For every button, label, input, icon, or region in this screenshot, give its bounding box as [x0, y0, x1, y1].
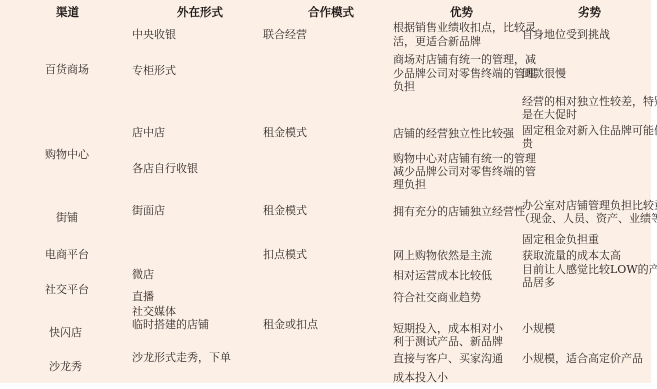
cons-dept-counter: 回款很慢 — [522, 67, 566, 80]
pros-dept-cashier-l2: 活，更适合新品牌 — [393, 35, 481, 48]
pros-salon-l2: 成本投入小 — [393, 371, 448, 384]
mode-rent-or-commission: 租金或扣点 — [263, 318, 318, 331]
cons-social-l2: 品居多 — [522, 276, 555, 289]
cons-salon: 小规模，适合高定价产品 — [522, 352, 643, 365]
pros-mall-cashier-l2: 减少品牌公司对零售终端的管 — [393, 165, 536, 178]
pros-social: 符合社交商业趋势 — [393, 291, 481, 304]
form-street-front: 街面店 — [132, 204, 165, 217]
pros-mall-shop: 店铺的经营独立性比较强 — [393, 127, 514, 140]
pros-mall-cashier-l3: 理负担 — [393, 178, 426, 191]
cons-street-rent: 固定租金负担重 — [522, 233, 599, 246]
channel-social: 社交平台 — [45, 283, 89, 296]
header-pros: 优势 — [450, 6, 473, 19]
pros-salon-l1: 直接与客户、买家沟通 — [393, 352, 503, 365]
channel-popup: 快闪店 — [49, 326, 82, 339]
cons-social-l1: 目前让人感觉比较LOW的产 — [522, 263, 657, 276]
cons-mall-2-l2: 贵 — [522, 137, 533, 150]
cons-ecommerce: 获取流量的成本太高 — [522, 249, 621, 262]
header-mode: 合作模式 — [308, 6, 354, 19]
form-self-cashier: 各店自行收银 — [132, 162, 198, 175]
channel-shopping-mall: 购物中心 — [45, 148, 89, 161]
pros-dept-counter-l1: 商场对店铺有统一的管理，减 — [393, 53, 536, 66]
channel-salon: 沙龙秀 — [49, 360, 82, 373]
pros-popup-l1: 短期投入，成本相对小 — [393, 322, 503, 335]
form-salon-show: 沙龙形式走秀，下单 — [132, 351, 231, 364]
channel-street-shop: 街铺 — [56, 211, 78, 224]
pros-popup-l2: 利于测试产品、新品牌 — [393, 335, 503, 348]
form-shop-in-shop: 店中店 — [132, 126, 165, 139]
header-form: 外在形式 — [177, 6, 223, 19]
form-counter: 专柜形式 — [132, 64, 176, 77]
cons-street-l1: 办公室对店铺管理负担比较重 — [522, 199, 657, 212]
cons-street-l2: （现金、人员、资产、业绩等） — [519, 212, 657, 225]
pros-dept-counter-l2: 少品牌公司对零售终端的管理 — [393, 67, 536, 80]
pros-mall-cashier-l1: 购物中心对店铺有统一的管理 — [393, 152, 536, 165]
mode-rent-street: 租金模式 — [263, 204, 307, 217]
cons-popup: 小规模 — [522, 322, 555, 335]
channel-comparison-table: 渠道 外在形式 合作模式 优势 劣势 百货商场 购物中心 街铺 电商平台 社交平… — [0, 0, 651, 383]
form-central-cashier: 中央收银 — [132, 28, 176, 41]
cons-mall-1-l2: 是在大促时 — [522, 108, 577, 121]
channel-department-store: 百货商场 — [45, 63, 89, 76]
mode-joint: 联合经营 — [263, 28, 307, 41]
mode-rent-mall: 租金模式 — [263, 126, 307, 139]
header-channel: 渠道 — [56, 6, 79, 19]
pros-dept-cashier-l1: 根据销售业绩收扣点，比较灵 — [393, 21, 536, 34]
cons-mall-1-l1: 经营的相对独立性较差，特别 — [522, 95, 657, 108]
form-wechat-store: 微店 — [132, 268, 154, 281]
form-social-media: 社交媒体 — [132, 305, 176, 318]
mode-commission: 扣点模式 — [263, 248, 307, 261]
form-live: 直播 — [132, 290, 154, 303]
pros-wechat-store: 相对运营成本比较低 — [393, 269, 492, 282]
pros-ecommerce: 网上购物依然是主流 — [393, 249, 492, 262]
header-cons: 劣势 — [578, 6, 601, 19]
cons-dept-cashier: 自身地位受到挑战 — [522, 28, 610, 41]
pros-street: 拥有充分的店铺独立经营性 — [393, 205, 525, 218]
channel-ecommerce: 电商平台 — [45, 248, 89, 261]
cons-mall-2-l1: 固定租金对新入住品牌可能偏 — [522, 124, 657, 137]
pros-dept-counter-l3: 负担 — [393, 80, 415, 93]
form-temp-store: 临时搭建的店铺 — [132, 318, 209, 331]
